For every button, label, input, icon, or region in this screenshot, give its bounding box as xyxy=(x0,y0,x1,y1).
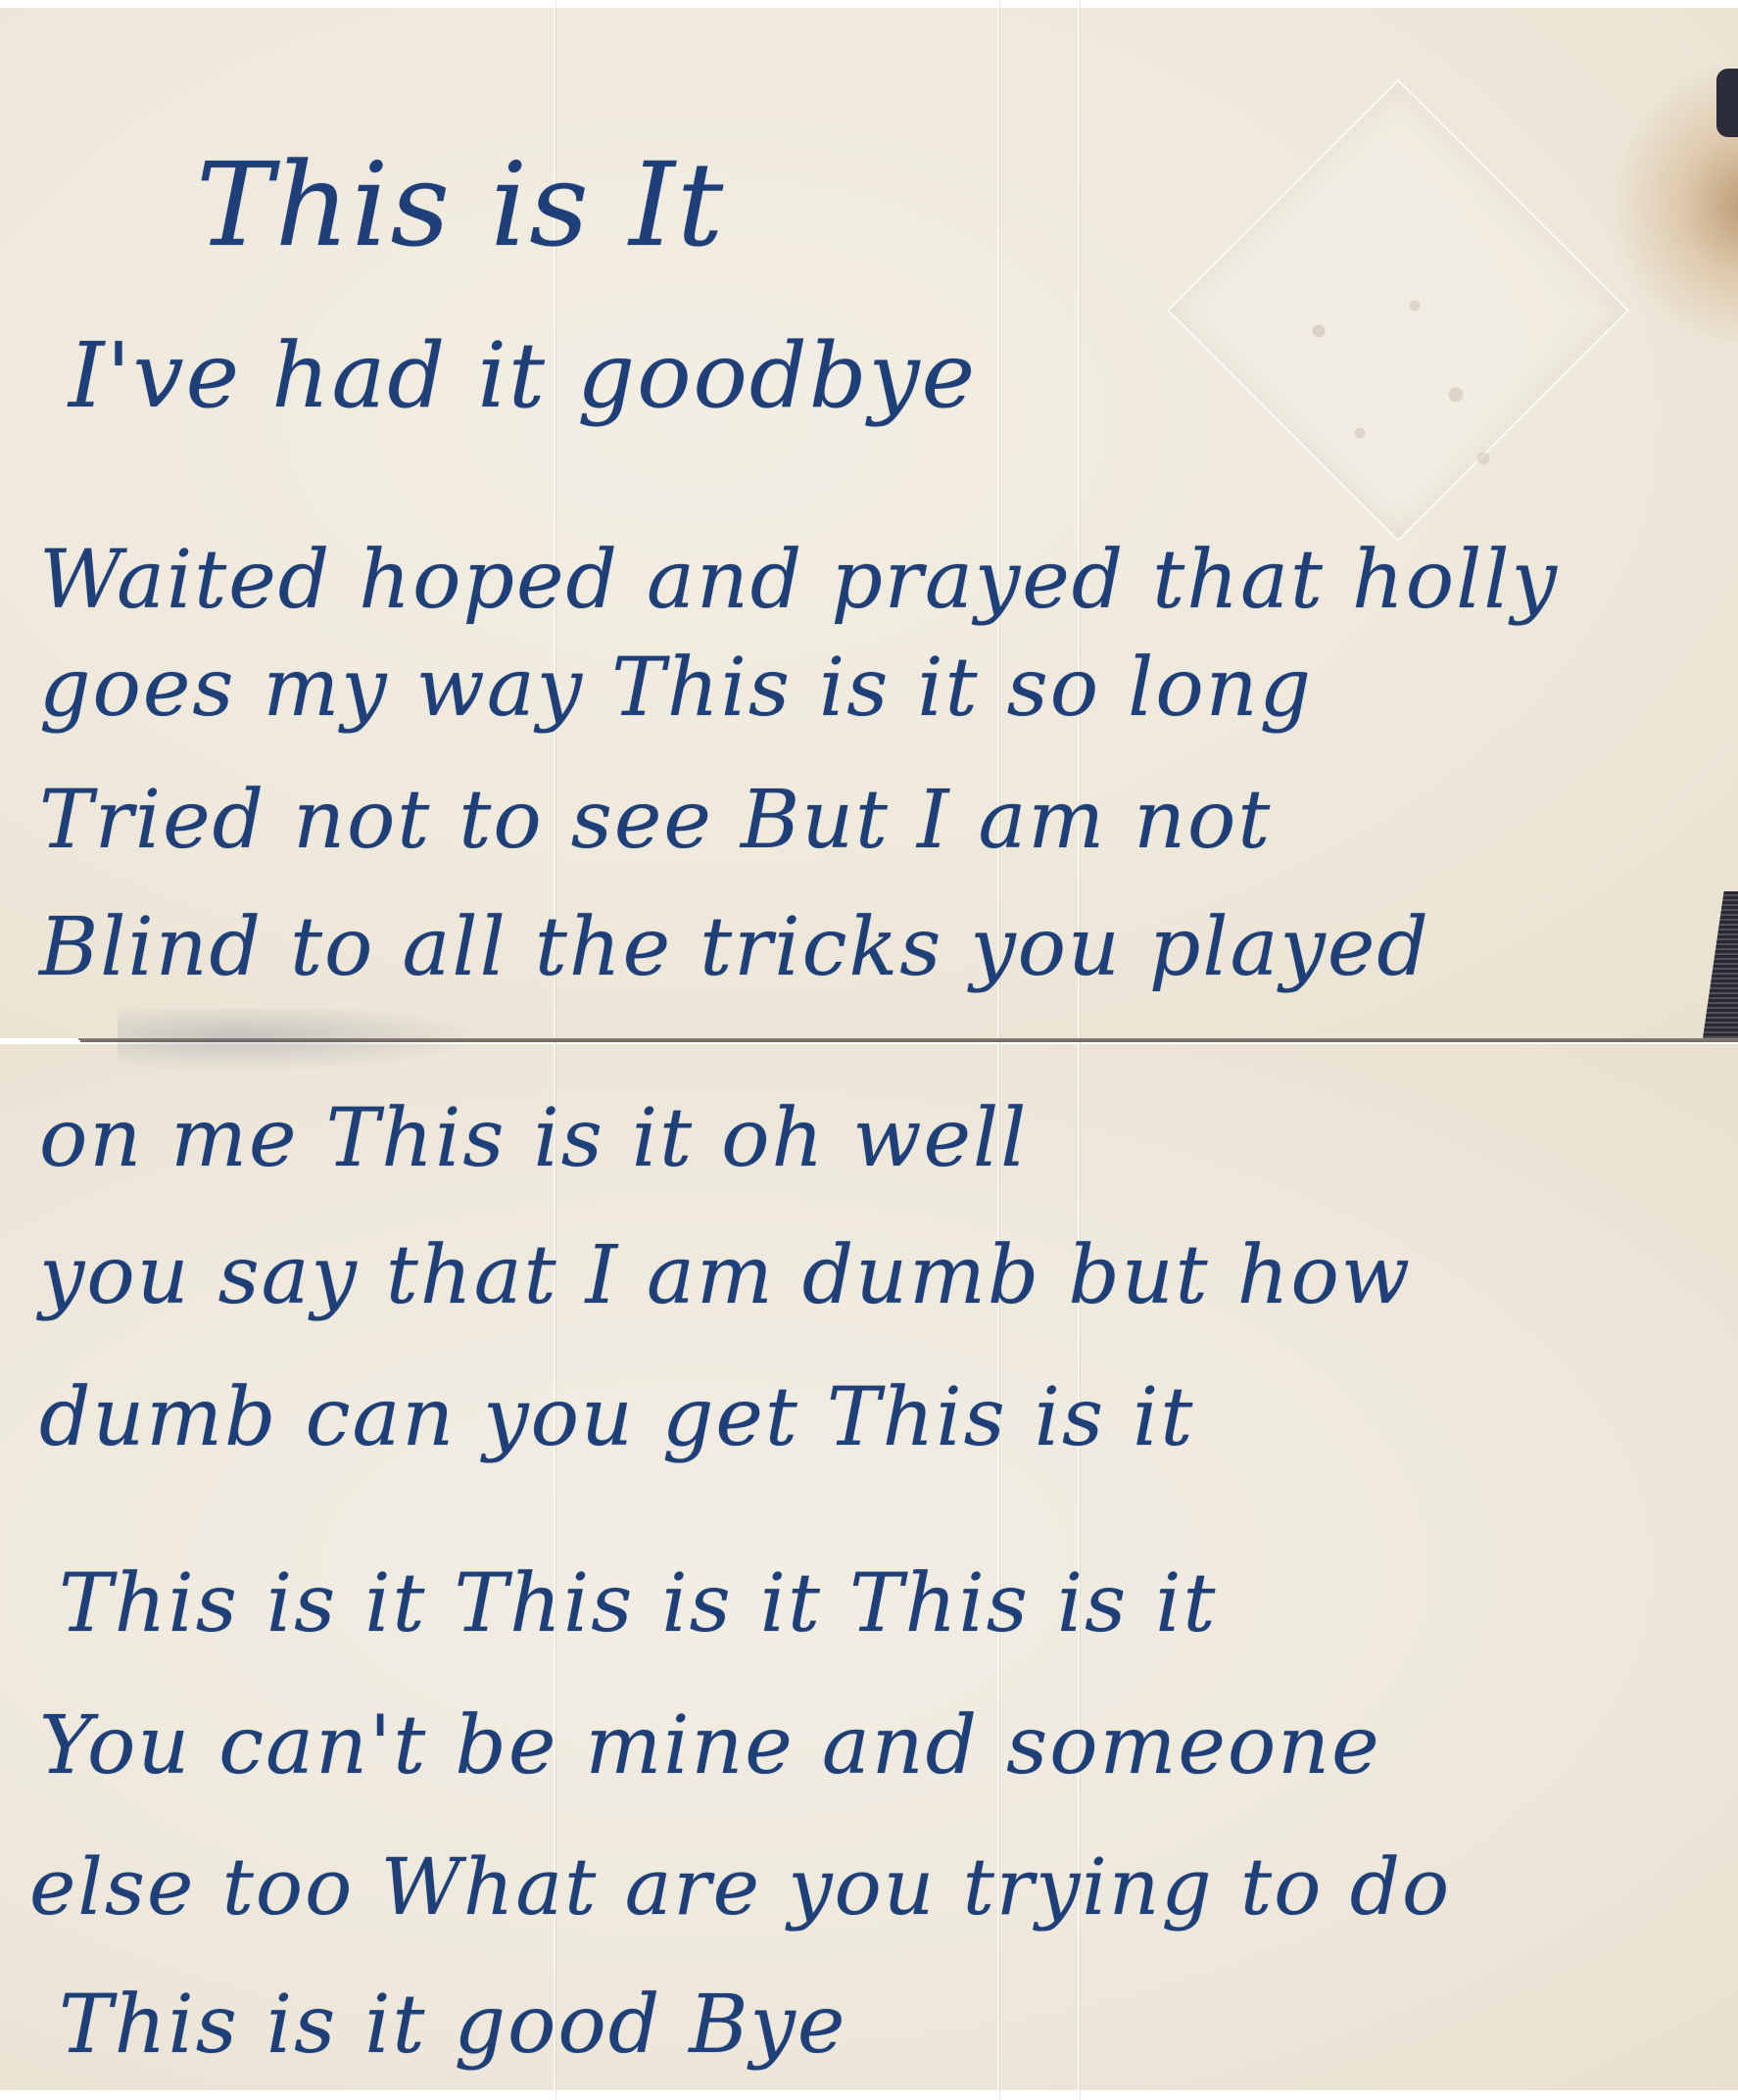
handwritten-line: else too What are you trying to do xyxy=(29,1841,1451,1933)
handwritten-line: on me This is it oh well xyxy=(39,1092,1029,1185)
handwritten-line: This is it This is it This is it xyxy=(59,1557,1217,1650)
handwritten-line: Blind to all the tricks you played xyxy=(39,901,1430,994)
handwritten-line-title: This is It xyxy=(196,137,725,272)
handwritten-text: This is It I've had it goodbye Waited ho… xyxy=(0,0,1738,2100)
handwritten-line: I've had it goodbye xyxy=(69,323,977,428)
handwritten-line-signoff: This is it good Bye xyxy=(59,1979,846,2072)
handwritten-line: goes my way This is it so long xyxy=(39,642,1313,735)
handwritten-line: Tried not to see But I am not xyxy=(39,774,1272,867)
handwritten-line: you say that I am dumb but how xyxy=(39,1229,1412,1322)
handwritten-line: You can't be mine and someone xyxy=(39,1699,1381,1792)
letter-sheet: This is It I've had it goodbye Waited ho… xyxy=(0,0,1738,2100)
handwritten-line: dumb can you get This is it xyxy=(39,1371,1194,1464)
handwritten-line: Waited hoped and prayed that holly xyxy=(39,534,1559,627)
